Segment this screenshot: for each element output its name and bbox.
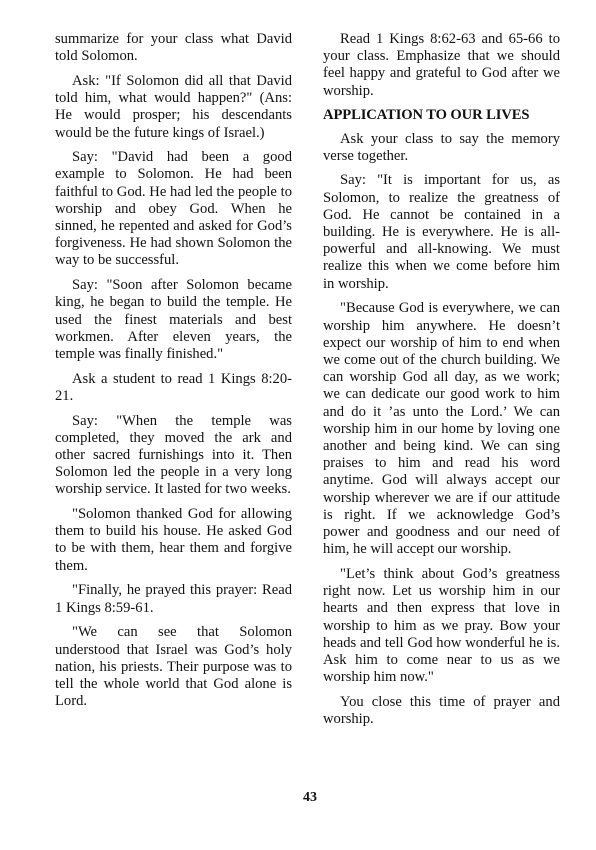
paragraph-worship-anywhere: "Because God is everywhere, we can worsh… [323, 300, 560, 558]
paragraph-ask-question: Ask: "If Solomon did all that David told… [55, 73, 292, 142]
paragraph-finally-prayed: "Finally, he prayed this prayer: Read 1 … [55, 582, 292, 616]
paragraph-close-prayer: You close this time of prayer and worshi… [323, 694, 560, 728]
paragraph-greatness-of-god: Say: "It is important for us, as Solomon… [323, 172, 560, 292]
page-number: 43 [303, 790, 317, 806]
left-column: summarize for your class what David told… [55, 31, 292, 718]
paragraph-say-david-example: Say: "David had been a good example to S… [55, 149, 292, 269]
paragraph-read-scripture-intro: Read 1 Kings 8:62-63 and 65-66 to your c… [323, 31, 560, 100]
paragraph-read-scripture: Ask a student to read 1 Kings 8:20-21. [55, 371, 292, 405]
right-column: Read 1 Kings 8:62-63 and 65-66 to your c… [323, 31, 560, 736]
paragraph-say-temple-built: Say: "Soon after Solomon became king, he… [55, 277, 292, 363]
paragraph-holy-nation: "We can see that Solomon understood that… [55, 624, 292, 710]
paragraph-continuation: summarize for your class what David told… [55, 31, 292, 65]
paragraph-memory-verse: Ask your class to say the memory verse t… [323, 131, 560, 165]
paragraph-say-temple-completed: Say: "When the temple was completed, the… [55, 413, 292, 499]
paragraph-solomon-thanked: "Solomon thanked God for allowing them t… [55, 506, 292, 575]
section-heading: APPLICATION TO OUR LIVES [323, 107, 560, 124]
paragraph-lets-worship-now: "Let’s think about God’s greatness right… [323, 566, 560, 686]
